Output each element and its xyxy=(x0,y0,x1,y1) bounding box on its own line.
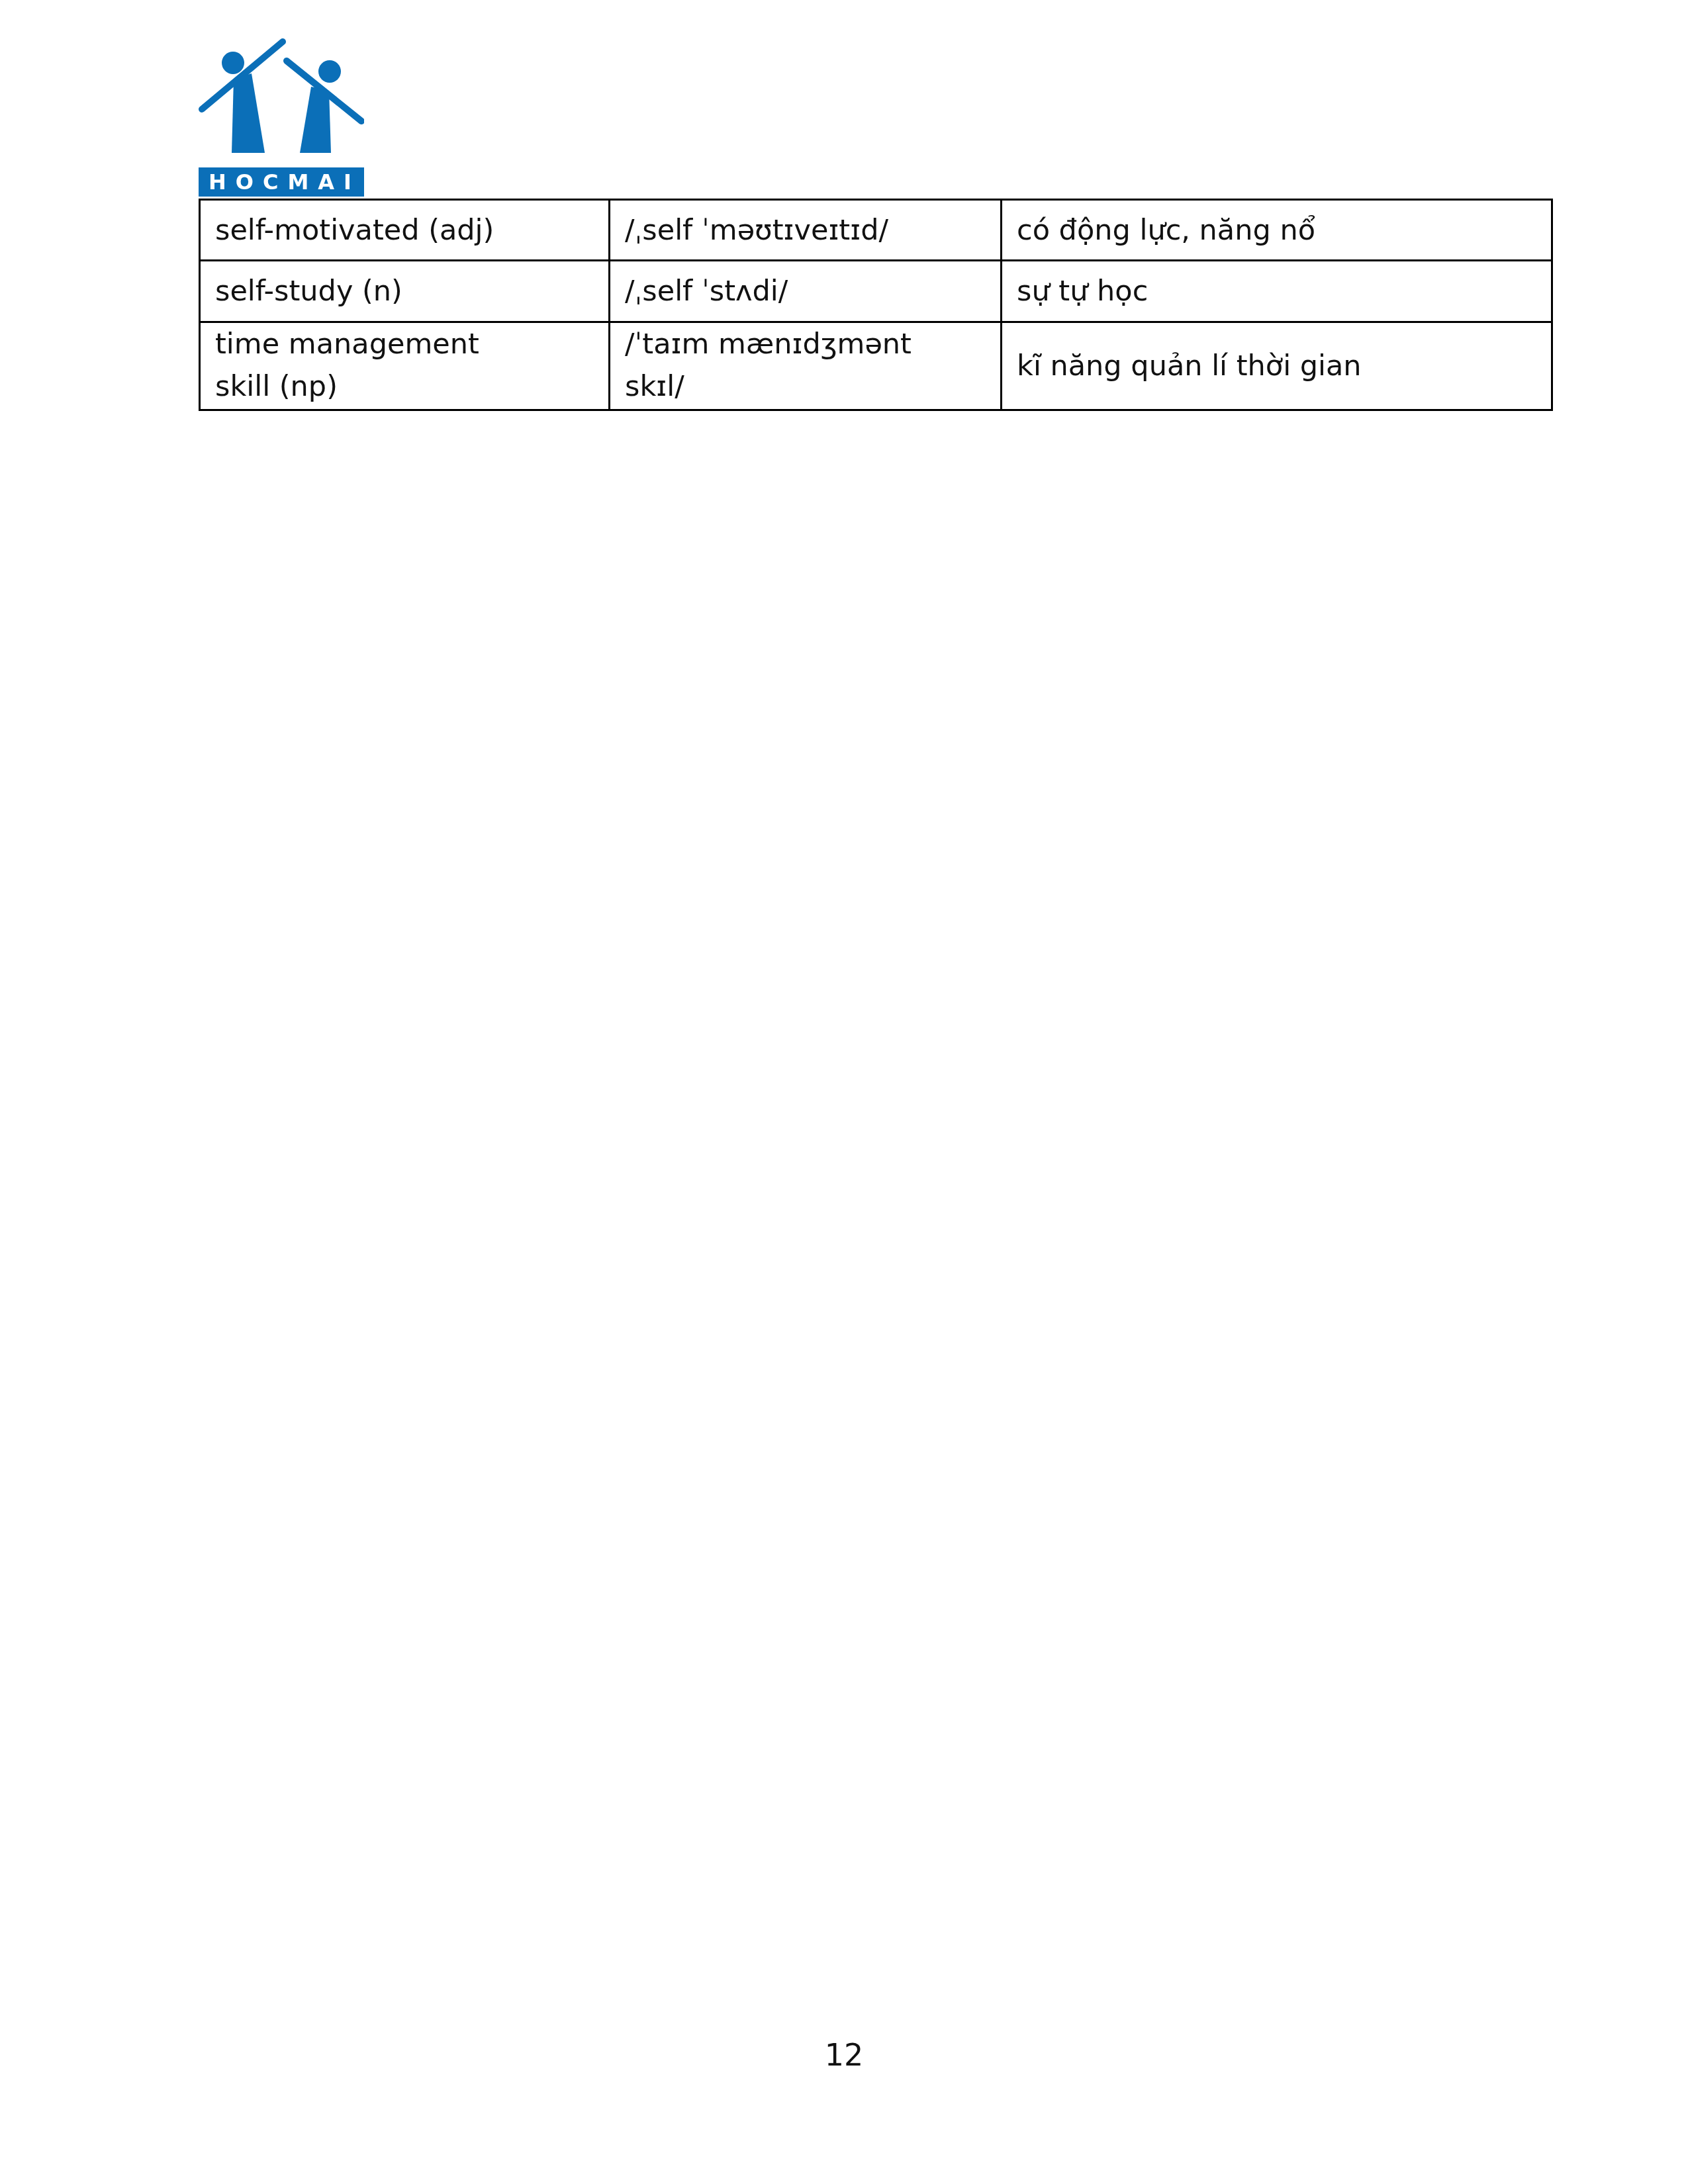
table-row: self-study (n) /ˌself ˈstʌdi/ sự tự học xyxy=(200,261,1552,322)
pronunciation-cell: /ˌself ˈstʌdi/ xyxy=(610,261,1002,322)
page-number: 12 xyxy=(0,2037,1688,2073)
vocabulary-table: self-motivated (adj) /ˌself ˈməʊtɪveɪtɪd… xyxy=(199,199,1553,411)
word-line: time management xyxy=(215,323,594,365)
word-cell: self-motivated (adj) xyxy=(200,200,610,261)
table-row: time management skill (np) /ˈtaɪm mænɪdʒ… xyxy=(200,322,1552,410)
pronunciation-cell: /ˈtaɪm mænɪdʒmənt skɪl/ xyxy=(610,322,1002,410)
table-row: self-motivated (adj) /ˌself ˈməʊtɪveɪtɪd… xyxy=(200,200,1552,261)
logo-wordmark: HOCMAI xyxy=(199,167,364,197)
meaning-cell: có động lực, năng nổ xyxy=(1002,200,1552,261)
hocmai-logo: HOCMAI xyxy=(199,36,364,199)
pronunciation-line: /ˈtaɪm mænɪdʒmənt xyxy=(625,323,986,365)
word-cell: self-study (n) xyxy=(200,261,610,322)
two-people-raised-arms-icon xyxy=(199,36,364,165)
pronunciation-line: skɪl/ xyxy=(625,365,986,408)
word-line: skill (np) xyxy=(215,365,594,408)
word-cell: time management skill (np) xyxy=(200,322,610,410)
meaning-cell: kĩ năng quản lí thời gian xyxy=(1002,322,1552,410)
meaning-cell: sự tự học xyxy=(1002,261,1552,322)
pronunciation-cell: /ˌself ˈməʊtɪveɪtɪd/ xyxy=(610,200,1002,261)
